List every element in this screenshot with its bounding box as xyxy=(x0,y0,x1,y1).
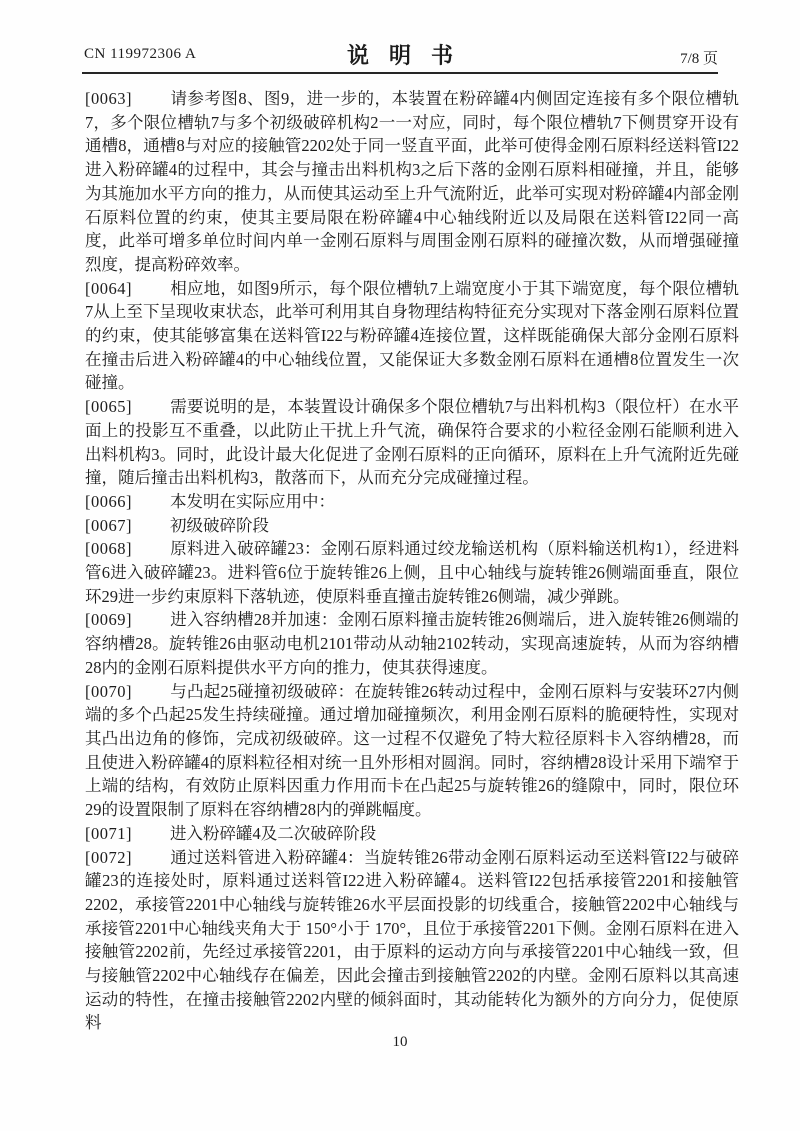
paragraph: [0068]原料进入破碎罐23：金刚石原料通过绞龙输送机构（原料输送机构1），经… xyxy=(85,537,739,608)
paragraph: [0065]需要说明的是，本装置设计确保多个限位槽轨7与出料机构3（限位杆）在水… xyxy=(85,395,739,490)
paragraph-text: 进入粉碎罐4及二次破碎阶段 xyxy=(170,824,376,843)
paragraph: [0069]进入容纳槽28并加速：金刚石原料撞击旋转锥26侧端后，进入旋转锥26… xyxy=(85,608,739,679)
paragraph: [0071]进入粉碎罐4及二次破碎阶段 xyxy=(85,822,739,846)
paragraph-text: 相应地，如图9所示，每个限位槽轨7上端宽度小于其下端宽度，每个限位槽轨7从上至下… xyxy=(85,279,739,393)
specification-body: [0063]请参考图8、图9，进一步的，本装置在粉碎罐4内侧固定连接有多个限位槽… xyxy=(85,87,739,1035)
paragraph: [0072]通过送料管进入粉碎罐4：当旋转锥26带动金刚石原料运动至送料管I22… xyxy=(85,846,739,1036)
paragraph-number: [0063] xyxy=(85,87,170,111)
footer-page-number: 10 xyxy=(393,1034,408,1050)
paragraph-text: 初级破碎阶段 xyxy=(170,516,269,535)
paragraph-number: [0069] xyxy=(85,608,170,632)
page-footer: 10 xyxy=(0,1034,800,1051)
paragraph-text: 原料进入破碎罐23：金刚石原料通过绞龙输送机构（原料输送机构1），经进料管6进入… xyxy=(85,539,739,605)
paragraph: [0067]初级破碎阶段 xyxy=(85,514,739,538)
paragraph-number: [0070] xyxy=(85,680,170,704)
paragraph: [0066]本发明在实际应用中： xyxy=(85,490,739,514)
paragraph-number: [0066] xyxy=(85,490,170,514)
paragraph: [0064]相应地，如图9所示，每个限位槽轨7上端宽度小于其下端宽度，每个限位槽… xyxy=(85,277,739,396)
paragraph-number: [0067] xyxy=(85,514,170,538)
paragraph-text: 本发明在实际应用中： xyxy=(170,492,335,511)
paragraph-text: 请参考图8、图9，进一步的，本装置在粉碎罐4内侧固定连接有多个限位槽轨7，多个限… xyxy=(85,89,739,274)
paragraph-text: 需要说明的是，本装置设计确保多个限位槽轨7与出料机构3（限位杆）在水平面上的投影… xyxy=(85,397,739,487)
page-header: CN 119972306 A 说明书 7/8 页 xyxy=(82,0,718,73)
paragraph-number: [0064] xyxy=(85,277,170,301)
patent-page: CN 119972306 A 说明书 7/8 页 [0063]请参考图8、图9，… xyxy=(0,0,800,1131)
paragraph-text: 与凸起25碰撞初级破碎：在旋转锥26转动过程中，金刚石原料与安装环27内侧端的多… xyxy=(85,682,739,820)
header-divider xyxy=(82,72,718,74)
page-indicator: 7/8 页 xyxy=(680,47,718,68)
paragraph-number: [0072] xyxy=(85,846,170,870)
paragraph-number: [0068] xyxy=(85,537,170,561)
paragraph: [0063]请参考图8、图9，进一步的，本装置在粉碎罐4内侧固定连接有多个限位槽… xyxy=(85,87,739,277)
paragraph-number: [0071] xyxy=(85,822,170,846)
paragraph: [0070]与凸起25碰撞初级破碎：在旋转锥26转动过程中，金刚石原料与安装环2… xyxy=(85,680,739,822)
document-title: 说明书 xyxy=(82,39,738,70)
paragraph-text: 通过送料管进入粉碎罐4：当旋转锥26带动金刚石原料运动至送料管I22与破碎罐23… xyxy=(85,848,739,1033)
paragraph-number: [0065] xyxy=(85,395,170,419)
paragraph-text: 进入容纳槽28并加速：金刚石原料撞击旋转锥26侧端后，进入旋转锥26侧端的容纳槽… xyxy=(85,610,739,676)
